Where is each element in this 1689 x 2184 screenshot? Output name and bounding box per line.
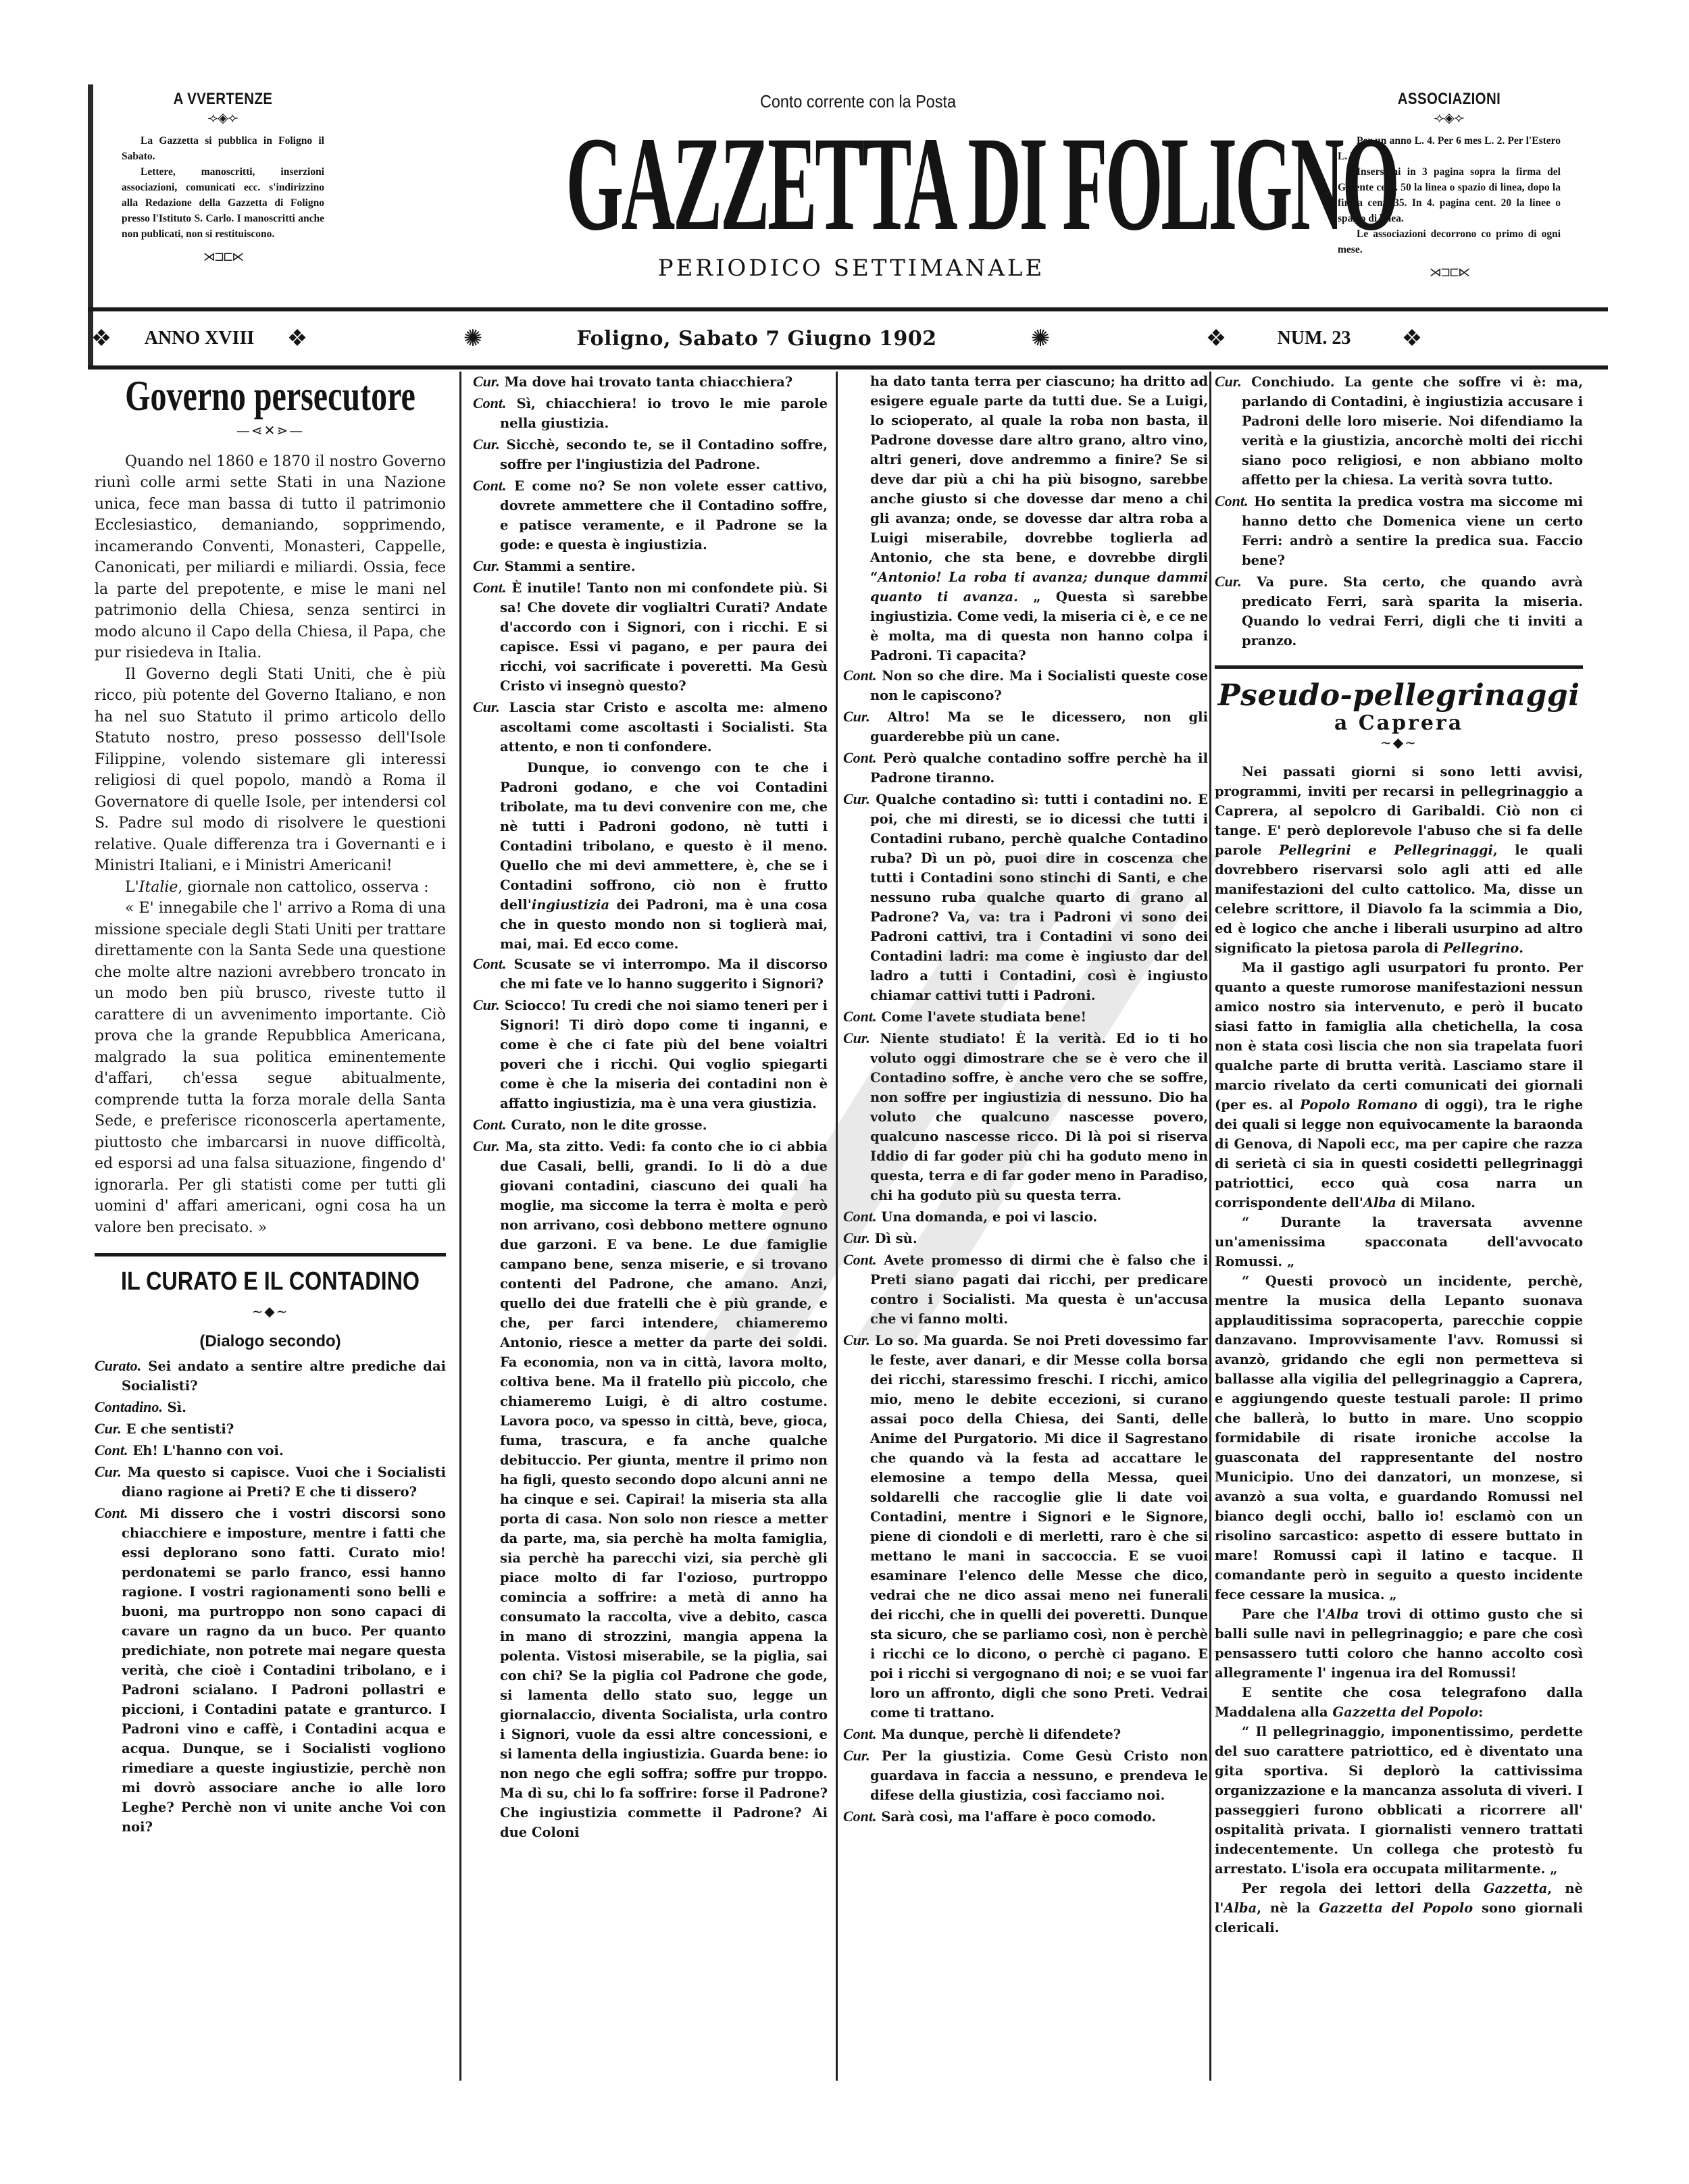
speaker: Cont. (843, 667, 877, 684)
associazioni-paragraph: Insersioni in 3 pagina sopra la firma de… (1338, 164, 1561, 226)
dialogue-text: Ma dove hai trovato tanta chiacchiera? (505, 374, 793, 390)
speaker: Cont. (473, 1116, 507, 1133)
speaker: Cont. (843, 1208, 877, 1225)
emphasis: Pellegrino (1443, 940, 1519, 956)
dialogue-line: Cont. Però qualche contadino soffre perc… (843, 748, 1208, 788)
dialogue-line: Cur. E che sentisti? (95, 1419, 446, 1439)
speaker: Cont. (843, 1251, 877, 1268)
text-run: ha dato tanta terra per ciascuno; ha dri… (870, 374, 1208, 585)
article-headline: Pseudo-pellegrinaggi (1215, 678, 1583, 713)
article-quote: “ Questi provocò un incidente, perchè, m… (1215, 1271, 1583, 1604)
dialogue-text: Per la giustizia. Come Gesù Cristo non g… (870, 1748, 1208, 1803)
dialogue-line: Cur. Altro! Ma se le dicessero, non gli … (843, 707, 1208, 746)
dialogue-text: Qualche contadino sì: tutti i contadini … (870, 792, 1208, 1003)
dialogue-line: Cont. Come l'avete studiata bene! (843, 1007, 1208, 1027)
article-paragraph: Quando nel 1860 e 1870 il nostro Governo… (95, 451, 446, 664)
issue-number: NUM. 23 (1230, 328, 1398, 349)
speaker: Cur. (473, 373, 500, 390)
newspaper-name: Gazzetta del Popolo (1332, 1704, 1478, 1720)
issue-date: Foligno, Sabato 7 Giugno 1902 (500, 327, 1013, 351)
ornament-icon: ✺ (446, 325, 500, 352)
speaker: Cur. (473, 699, 500, 715)
associazioni-title: ASSOCIAZIONI (1355, 90, 1544, 109)
dialogue-text: Lascia star Cristo e ascolta me: almeno … (500, 700, 828, 755)
dialogue-line: Cont. Una domanda, e poi vi lascio. (843, 1207, 1208, 1227)
dialogue-text: Ma dunque, perchè li difendete? (881, 1727, 1121, 1742)
dialogue-line: Curato. Sei andato a sentire altre predi… (95, 1356, 446, 1396)
article-paragraph: Ma il gastigo agli usurpatori fu pronto.… (1215, 958, 1583, 1213)
dialogue-text: E che sentisti? (126, 1421, 234, 1437)
dialogue-line: Cont. Sì, chiacchiera! io trovo le mie p… (473, 393, 828, 433)
dialogue-line: Cur. Conchiudo. La gente che soffre vi è… (1215, 372, 1583, 490)
text-run: , nè la (1257, 1900, 1319, 1916)
masthead: A VVERTENZE ⟢◈⟣ La Gazzetta si pubblica … (88, 84, 1608, 307)
dialogue-text: Sei andato a sentire altre prediche dai … (122, 1358, 446, 1394)
dialogue-line: Cont. Avete promesso di dirmi che è fals… (843, 1250, 1208, 1329)
dialogue-text: Ma, sta zitto. Vedi: fa conto che io ci … (500, 1139, 828, 1840)
article-paragraph: L'Italie, giornale non cattolico, osserv… (95, 877, 446, 898)
ornament-icon: ✺ (1013, 325, 1067, 352)
dialogue-text: Eh! L'hanno con voi. (132, 1443, 283, 1458)
speaker: Cont. (473, 395, 507, 411)
associazioni-paragraph: Le associazioni decorrono co primo di og… (1338, 226, 1561, 257)
dialogue-line: Cur. Ma dove hai trovato tanta chiacchie… (473, 372, 828, 392)
flourish-icon: —⋖✕⋗— (95, 420, 446, 442)
dialogue-text: Altro! Ma se le dicessero, non gli guard… (870, 709, 1208, 744)
dialogue-text: Lo so. Ma guarda. Se noi Preti dovessimo… (870, 1333, 1208, 1721)
dialogue-text: Ho sentita la predica vostra ma siccome … (1242, 494, 1583, 568)
dialogue-line: Cur. Lascia star Cristo e ascolta me: al… (473, 697, 828, 757)
dialogue-line: Cont. Non so che dire. Ma i Socialisti q… (843, 665, 1208, 705)
dialogue-line: Cur. Lo so. Ma guarda. Se noi Preti dove… (843, 1330, 1208, 1723)
speaker: Cont. (843, 1808, 877, 1825)
speaker: Cur. (95, 1463, 122, 1480)
avvertenze-paragraph: La Gazzetta si pubblica in Foligno il Sa… (122, 133, 324, 164)
speaker: Cont. (843, 1725, 877, 1742)
article-paragraph: E sentite che cosa telegrafono dalla Mad… (1215, 1683, 1583, 1722)
text-run: , le quali dovrebbero riservarsi solo ag… (1215, 842, 1583, 956)
speaker: Cur. (473, 1138, 500, 1154)
text-run: Pare che l' (1242, 1606, 1326, 1622)
dialogue-line: Cont. Eh! L'hanno con voi. (95, 1440, 446, 1461)
article-paragraph: Il Governo degli Stati Uniti, che è più … (95, 664, 446, 877)
text-run: , giornale non cattolico, osserva : (178, 879, 428, 896)
dialogue-text: Sicchè, secondo te, se il Contadino soff… (500, 437, 828, 472)
dialogue-text: Dì sù. (875, 1231, 917, 1246)
speaker: Cur. (473, 996, 500, 1013)
speaker: Cont. (95, 1442, 128, 1458)
speaker: Cur. (473, 557, 500, 574)
speaker: Cur. (843, 1229, 870, 1246)
flourish-icon: ~◆~ (1215, 733, 1583, 753)
dialogue-text: E come no? Se non volete esser cattivo, … (500, 478, 828, 553)
dialogue-line: Cont. Curato, non le dite grosse. (473, 1115, 828, 1135)
dialogue-text: Sciocco! Tu credi che noi siamo teneri p… (500, 998, 828, 1111)
speaker: Curato. (95, 1357, 141, 1374)
speaker: Cur. (843, 1331, 870, 1348)
speaker: Cont. (473, 477, 507, 494)
speaker: Cur. (843, 790, 870, 807)
article-subheadline: a Caprera (1215, 713, 1583, 733)
dialogue-line: Cur. Niente studiato! È la verità. Ed io… (843, 1028, 1208, 1205)
emphasis: Pellegrini e Pellegrinaggi (1279, 842, 1493, 858)
speaker: Cont. (843, 749, 877, 766)
newspaper-name: Alba (1363, 1195, 1396, 1211)
flourish-icon: ⟢◈⟣ (1338, 110, 1561, 125)
emphasis: ingiustizia (532, 897, 609, 913)
dialogue-text: Sì. (168, 1400, 186, 1415)
article-paragraph: Pare che l'Alba trovi di ottimo gusto ch… (1215, 1604, 1583, 1683)
avvertenze-title: A VVERTENZE (137, 90, 309, 109)
speaker: Cur. (95, 1420, 122, 1437)
dialogue-line: Cur. Va pure. Sta certo, che quando avrà… (1215, 572, 1583, 651)
dialogue-line: Cur. Ma questo si capisce. Vuoi che i So… (95, 1462, 446, 1502)
column-4: Cur. Conchiudo. La gente che soffre vi è… (1215, 372, 1583, 1937)
avvertenze-box: A VVERTENZE ⟢◈⟣ La Gazzetta si pubblica … (122, 90, 324, 264)
newspaper-name: Alba (1326, 1606, 1359, 1622)
text-run: L' (125, 879, 139, 896)
article-headline: Governo persecutore (98, 372, 443, 420)
dialogue-line: Cont. È inutile! Tanto non mi confondete… (473, 578, 828, 696)
newspaper-name: Gazzetta del Popolo (1319, 1900, 1473, 1916)
dialogue-text: Mi dissero che i vostri discorsi sono ch… (122, 1506, 446, 1835)
dialogue-text: Non so che dire. Ma i Socialisti queste … (870, 668, 1208, 703)
text-run: : (1478, 1704, 1483, 1720)
ornament-icon: ❖ (284, 325, 311, 352)
dialogue-text: Però qualche contadino soffre perchè ha … (870, 751, 1208, 786)
speaker: Cur. (843, 1747, 870, 1764)
associazioni-paragraph: Per un anno L. 4. Per 6 mes L. 2. Per l'… (1338, 133, 1561, 164)
speaker: Cur. (1215, 573, 1242, 590)
dialogue-text: Sì, chiacchiera! io trovo le mie parole … (500, 396, 828, 431)
dialogue-line: Cur. Sicchè, secondo te, se il Contadino… (473, 434, 828, 474)
dialogue-text: Curato, non le dite grosse. (511, 1117, 707, 1133)
dialogue-continuation: Dunque, io convengo con te che i Padroni… (500, 758, 828, 954)
text-run: . (1519, 940, 1523, 956)
speaker: Cur. (473, 436, 500, 453)
speaker: Cur. (1215, 373, 1242, 390)
end-ornament-icon: ⋊⊐⊏⋉ (122, 250, 324, 264)
dialogue-line: Cur. Dì sù. (843, 1228, 1208, 1248)
end-ornament-icon: ⋊⊐⊏⋉ (1338, 265, 1561, 280)
dialogue-text: È inutile! Tanto non mi confondete più. … (500, 580, 828, 694)
column-divider (836, 372, 838, 2081)
ornament-icon: ❖ (88, 325, 115, 352)
ornament-icon: ❖ (1398, 325, 1426, 352)
speaker: Cont. (1215, 492, 1249, 509)
dialogue-line: Cont. Sarà così, ma l'affare è poco como… (843, 1806, 1208, 1827)
speaker: Cont. (473, 579, 507, 596)
dialogue-text: Conchiudo. La gente che soffre vi è: ma,… (1242, 374, 1583, 488)
column-divider (459, 372, 461, 2081)
newspaper-name: Alba (1224, 1900, 1257, 1916)
dialogue-line: Cont. E come no? Se non volete esser cat… (473, 476, 828, 555)
dialogue-text: Scusate se vi interrompo. Ma il discorso… (500, 957, 828, 992)
newspaper-subtitle: PERIODICO SETTIMANALE (581, 255, 1121, 282)
text-run: Dunque, io convengo con te che i Padroni… (500, 760, 828, 913)
text-run: di oggi), tra le righe dei quali si legg… (1215, 1097, 1583, 1211)
column-1: Governo persecutore —⋖✕⋗— Quando nel 186… (95, 372, 446, 1838)
article-headline: IL CURATO E IL CONTADINO (98, 1266, 443, 1297)
speaker: Cont. (473, 955, 507, 972)
dialogue-line: Cont. Mi dissero che i vostri discorsi s… (95, 1503, 446, 1837)
column-3: ha dato tanta terra per ciascuno; ha dri… (843, 372, 1208, 1828)
dialogue-line: Cur. Per la giustizia. Come Gesù Cristo … (843, 1746, 1208, 1805)
ornament-icon: ❖ (1203, 325, 1230, 352)
speaker: Cont. (843, 1008, 877, 1025)
article-quote: “ Il pellegrinaggio, imponentissimo, per… (1215, 1722, 1583, 1879)
dialogue-text: Va pure. Sta certo, che quando avrà pred… (1242, 574, 1583, 649)
avvertenze-paragraph: Lettere, manoscritti, inserzioni associa… (122, 164, 324, 242)
section-divider (1215, 665, 1583, 669)
dialogue-text: Avete promesso di dirmi che è falso che … (870, 1252, 1208, 1327)
speaker: Contadino. (95, 1398, 163, 1415)
dialogue-line: Cont. Ho sentita la predica vostra ma si… (1215, 491, 1583, 570)
newspaper-name: Popolo Romano (1300, 1097, 1417, 1113)
speaker: Cur. (843, 708, 870, 725)
dialogue-text: Come l'avete studiata bene! (881, 1009, 1086, 1025)
column-2: Cur. Ma dove hai trovato tanta chiacchie… (473, 372, 828, 1844)
text-run: Per regola dei lettori della (1242, 1881, 1484, 1896)
article-subheadline: (Dialogo secondo) (95, 1331, 446, 1352)
dialogue-text: Niente studiato! È la verità. Ed io ti h… (870, 1031, 1208, 1203)
newspaper-title: GAZZETTA DI FOLIGNO (566, 117, 1124, 252)
newspaper-page: A VVERTENZE ⟢◈⟣ La Gazzetta si pubblica … (88, 84, 1608, 2125)
newspaper-name: Gazzetta (1484, 1881, 1548, 1896)
speaker: Cont. (95, 1504, 128, 1521)
article-quote: « E' innegabile che l' arrivo a Roma di … (95, 898, 446, 1238)
dialogue-text: Una domanda, e poi vi lascio. (881, 1209, 1097, 1225)
column-divider (1209, 372, 1211, 2081)
dialogue-line: Cur. Sciocco! Tu credi che noi siamo ten… (473, 995, 828, 1113)
associazioni-box: ASSOCIAZIONI ⟢◈⟣ Per un anno L. 4. Per 6… (1338, 90, 1561, 280)
section-divider (95, 1253, 446, 1256)
speaker: Cur. (843, 1030, 870, 1046)
dialogue-line: Cur. Qualche contadino sì: tutti i conta… (843, 789, 1208, 1005)
text-run: Ma il gastigo agli usurpatori fu pronto.… (1215, 960, 1583, 1113)
dialogue-continuation: ha dato tanta terra per ciascuno; ha dri… (870, 372, 1208, 665)
date-band: ❖ ANNO XVIII ❖ ✺ Foligno, Sabato 7 Giugn… (88, 307, 1608, 370)
article-paragraph: Nei passati giorni si sono letti avvisi,… (1215, 762, 1583, 958)
dialogue-line: Cur. Stammi a sentire. (473, 556, 828, 576)
dialogue-text: Ma questo si capisce. Vuoi che i Sociali… (122, 1465, 446, 1500)
text-run: di Milano. (1396, 1195, 1476, 1211)
flourish-icon: ⟢◈⟣ (122, 110, 324, 125)
anno-label: ANNO XVIII (115, 328, 284, 349)
dialogue-text: Sarà così, ma l'affare è poco comodo. (881, 1809, 1156, 1825)
dialogue-line: Cont. Scusate se vi interrompo. Ma il di… (473, 954, 828, 994)
dialogue-line: Cont. Ma dunque, perchè li difendete? (843, 1724, 1208, 1744)
newspaper-name: Italie (139, 879, 178, 896)
flourish-icon: ~◆~ (95, 1301, 446, 1323)
article-paragraph: Per regola dei lettori della Gazzetta, n… (1215, 1879, 1583, 1937)
dialogue-line: Contadino. Sì. (95, 1397, 446, 1417)
dialogue-text: Stammi a sentire. (505, 559, 636, 574)
article-quote: “ Durante la traversata avvenne un'ameni… (1215, 1213, 1583, 1271)
dialogue-line: Cur. Ma, sta zitto. Vedi: fa conto che i… (473, 1136, 828, 1842)
